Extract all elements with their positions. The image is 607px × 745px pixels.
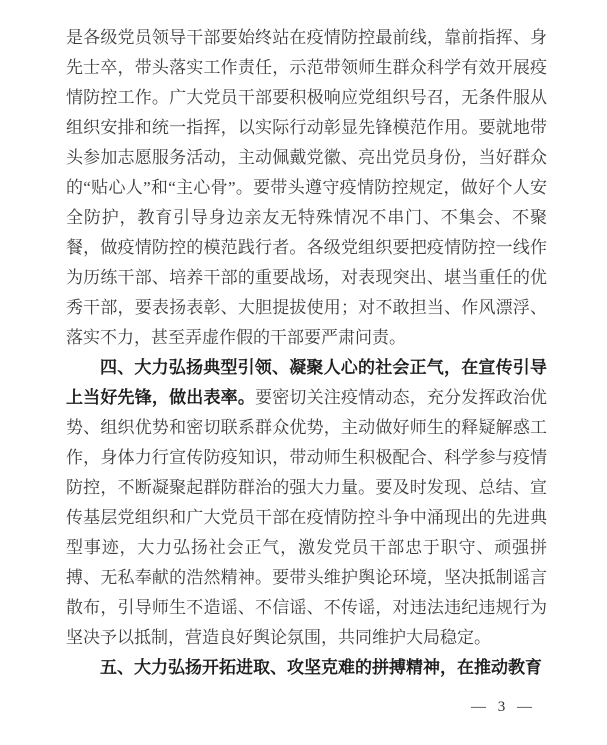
page-number: — 3 —: [471, 699, 536, 715]
document-body: 是各级党员领导干部要始终站在疫情防控最前线，靠前指挥、身先士卒，带头落实工作责任…: [66, 23, 547, 683]
body-text-segment: 要密切关注疫情动态，充分发挥政治优势、组织优势和密切联系群众优势，主动做好师生的…: [66, 388, 547, 647]
body-text-segment: 是各级党员领导干部要始终站在疫情防控最前线，靠前指挥、身先士卒，带头落实工作责任…: [66, 28, 547, 347]
paragraph-section-5: 五、大力弘扬开拓进取、攻坚克难的拼搏精神，在推动教育: [66, 653, 547, 683]
heading-text-segment: 五、大力弘扬开拓进取、攻坚克难的拼搏精神，在推动教育: [100, 658, 542, 677]
document-page: 是各级党员领导干部要始终站在疫情防控最前线，靠前指挥、身先士卒，带头落实工作责任…: [0, 0, 607, 745]
paragraph-section-4: 四、大力弘扬典型引领、凝聚人心的社会正气，在宣传引导上当好先锋，做出表率。要密切…: [66, 353, 547, 653]
paragraph-continuation: 是各级党员领导干部要始终站在疫情防控最前线，靠前指挥、身先士卒，带头落实工作责任…: [66, 23, 547, 353]
